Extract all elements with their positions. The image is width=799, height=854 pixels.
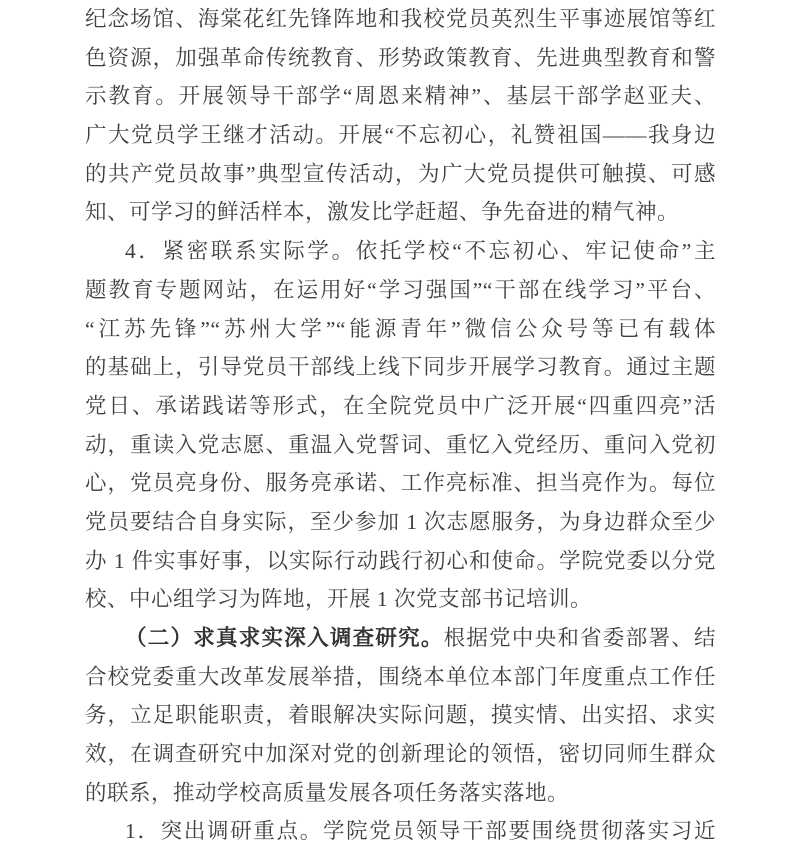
text-line: 校、中心组学习为阵地，开展 1 次党支部书记培训。 — [85, 580, 716, 619]
line-body-text: 效，在调查研究中加深对党的创新理论的领悟，密切同师生群众 — [85, 742, 716, 766]
line-body-text: 4．紧密联系实际学。依托学校“不忘初心、牢记使命”主 — [125, 239, 716, 263]
line-body-text: 合校党委重大改革发展举措，围绕本单位本部门年度重点工作任 — [85, 665, 716, 689]
line-body-text: 1．突出调研重点。学院党员领导干部要围绕贯彻落实习近 — [125, 819, 716, 843]
text-line: 效，在调查研究中加深对党的创新理论的领悟，密切同师生群众 — [85, 735, 716, 774]
line-body-text: 示教育。开展领导干部学“周恩来精神”、基层干部学赵亚夫、 — [85, 84, 716, 108]
text-line: （二）求真求实深入调查研究。根据党中央和省委部署、结 — [85, 619, 716, 658]
text-line: 1．突出调研重点。学院党员领导干部要围绕贯彻落实习近 — [85, 812, 716, 851]
text-line: 心，党员亮身份、服务亮承诺、工作亮标准、担当亮作为。每位 — [85, 464, 716, 503]
text-line: 务，立足职能职责，着眼解决实际问题，摸实情、出实招、求实 — [85, 696, 716, 735]
line-body-text: 校、中心组学习为阵地，开展 1 次党支部书记培训。 — [85, 587, 592, 611]
text-line: 知、可学习的鲜活样本，激发比学赶超、争先奋进的精气神。 — [85, 193, 716, 232]
line-body-text: 纪念场馆、海棠花红先锋阵地和我校党员英烈生平事迹展馆等红 — [85, 7, 716, 31]
text-line: 办 1 件实事好事，以实际行动践行初心和使命。学院党委以分党 — [85, 542, 716, 581]
text-line: 动，重读入党志愿、重温入党誓词、重忆入党经历、重问入党初 — [85, 426, 716, 465]
text-line: 党员要结合自身实际，至少参加 1 次志愿服务，为身边群众至少 — [85, 503, 716, 542]
text-line: 的联系，推动学校高质量发展各项任务落实落地。 — [85, 774, 716, 813]
text-line: 色资源，加强革命传统教育、形势政策教育、先进典型教育和警 — [85, 39, 716, 78]
text-line: 4．紧密联系实际学。依托学校“不忘初心、牢记使命”主 — [85, 232, 716, 271]
text-line: 纪念场馆、海棠花红先锋阵地和我校党员英烈生平事迹展馆等红 — [85, 0, 716, 39]
line-body-text: “江苏先锋”“苏州大学”“能源青年”微信公众号等已有载体 — [85, 317, 716, 341]
line-body-text: 根据党中央和省委部署、结 — [444, 626, 716, 650]
line-body-text: 的联系，推动学校高质量发展各项任务落实落地。 — [85, 781, 569, 805]
line-body-text: 的共产党员故事”典型宣传活动，为广大党员提供可触摸、可感 — [85, 162, 716, 186]
line-lead-heading: （二）求真求实深入调查研究。 — [125, 626, 444, 650]
text-line: 合校党委重大改革发展举措，围绕本单位本部门年度重点工作任 — [85, 658, 716, 697]
text-line: 党日、承诺践诺等形式，在全院党员中广泛开展“四重四亮”活 — [85, 387, 716, 426]
line-body-text: 题教育专题网站，在运用好“学习强国”“干部在线学习”平台、 — [85, 278, 716, 302]
line-body-text: 务，立足职能职责，着眼解决实际问题，摸实情、出实招、求实 — [85, 703, 716, 727]
line-body-text: 心，党员亮身份、服务亮承诺、工作亮标准、担当亮作为。每位 — [85, 471, 716, 495]
line-body-text: 党员要结合自身实际，至少参加 1 次志愿服务，为身边群众至少 — [85, 510, 716, 534]
text-line: 题教育专题网站，在运用好“学习强国”“干部在线学习”平台、 — [85, 271, 716, 310]
line-body-text: 办 1 件实事好事，以实际行动践行初心和使命。学院党委以分党 — [85, 549, 716, 573]
text-line: “江苏先锋”“苏州大学”“能源青年”微信公众号等已有载体 — [85, 310, 716, 349]
text-line: 的共产党员故事”典型宣传活动，为广大党员提供可触摸、可感 — [85, 155, 716, 194]
line-body-text: 知、可学习的鲜活样本，激发比学赶超、争先奋进的精气神。 — [85, 200, 679, 224]
document-body: 纪念场馆、海棠花红先锋阵地和我校党员英烈生平事迹展馆等红 色资源，加强革命传统教… — [85, 0, 716, 851]
line-body-text: 色资源，加强革命传统教育、形势政策教育、先进典型教育和警 — [85, 46, 716, 70]
line-body-text: 动，重读入党志愿、重温入党誓词、重忆入党经历、重问入党初 — [85, 433, 716, 457]
line-body-text: 的基础上，引导党员干部线上线下同步开展学习教育。通过主题 — [85, 355, 716, 379]
document-page: 纪念场馆、海棠花红先锋阵地和我校党员英烈生平事迹展馆等红 色资源，加强革命传统教… — [0, 0, 799, 854]
line-body-text: 广大党员学王继才活动。开展“不忘初心，礼赞祖国——我身边 — [85, 123, 716, 147]
text-line: 示教育。开展领导干部学“周恩来精神”、基层干部学赵亚夫、 — [85, 77, 716, 116]
text-line: 广大党员学王继才活动。开展“不忘初心，礼赞祖国——我身边 — [85, 116, 716, 155]
text-line: 的基础上，引导党员干部线上线下同步开展学习教育。通过主题 — [85, 348, 716, 387]
line-body-text: 党日、承诺践诺等形式，在全院党员中广泛开展“四重四亮”活 — [85, 394, 716, 418]
